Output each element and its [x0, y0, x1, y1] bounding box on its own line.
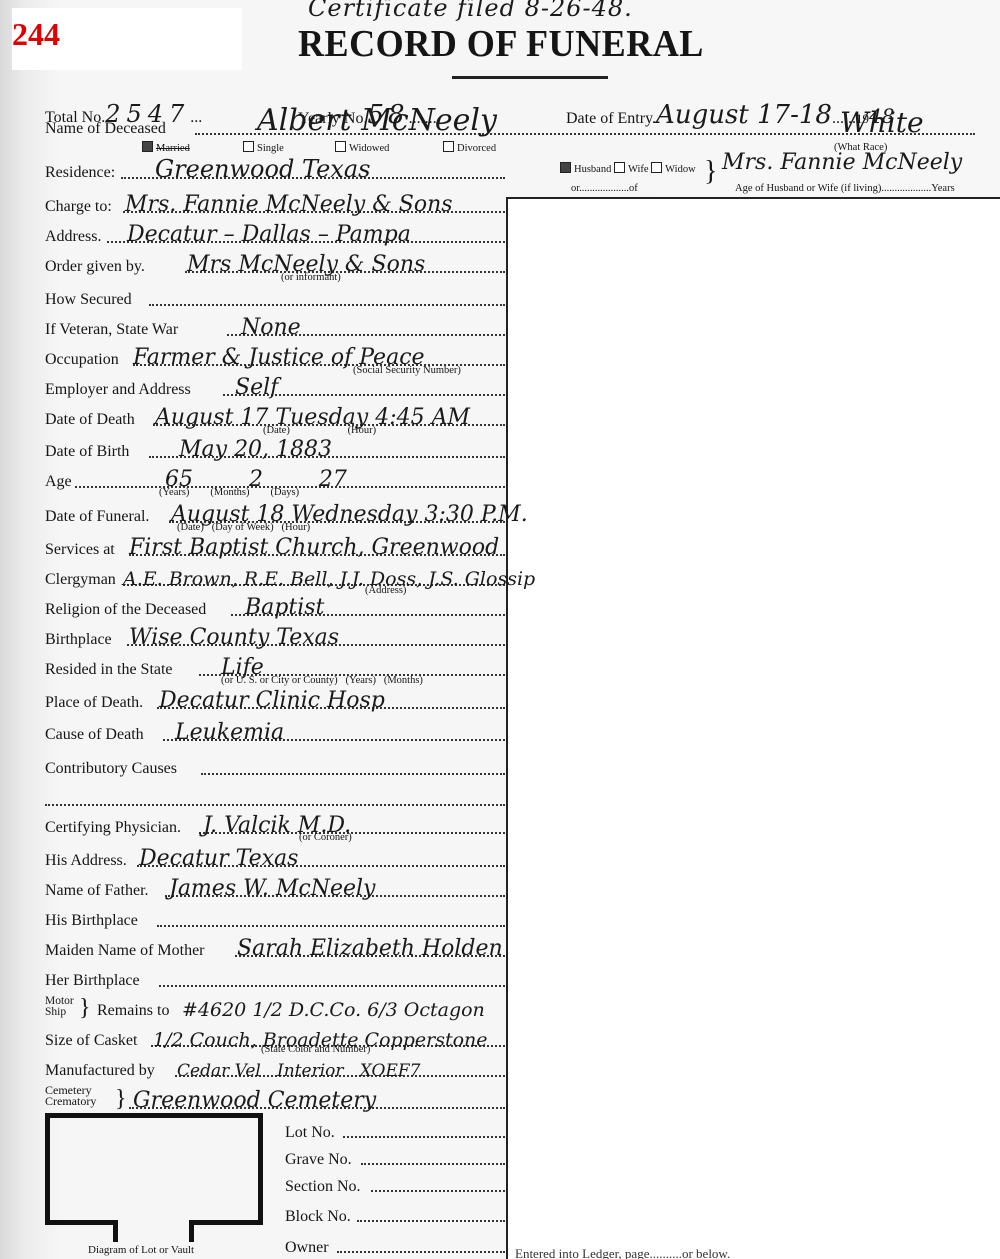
checkbox-widow[interactable]: Widow	[651, 164, 696, 175]
name-of-deceased-row: Name of Deceased Albert McNeely White	[45, 112, 975, 140]
cause-of-death-value: Leukemia	[175, 720, 284, 745]
cemetery-value: Greenwood Cemetery	[133, 1088, 376, 1113]
field-row-resided: Resided in the StateLife(or U. S. or Cit…	[45, 653, 505, 681]
field-row-charge-to: Charge to:Mrs. Fannie McNeely & Sons	[45, 190, 505, 218]
services-at-value: First Baptist Church, Greenwood	[129, 535, 499, 560]
field-row-birthplace: BirthplaceWise County Texas	[45, 623, 505, 651]
checkbox-husband[interactable]: Husband	[560, 164, 611, 175]
spouse-role-checkboxes: Husband Wife Widow	[560, 162, 696, 175]
lot-diagram-box	[45, 1113, 263, 1225]
name-of-deceased-label: Name of Deceased	[45, 120, 166, 138]
race-value: White	[840, 106, 924, 139]
field-row-casket: Size of Casket 1/2 Couch, Broadette Copp…	[45, 1024, 505, 1052]
address-value: Decatur – Dallas – Pampa	[127, 222, 411, 247]
mother-name-value: Sarah Elizabeth Holden	[237, 936, 503, 961]
field-row-date-of-birth: Date of BirthMay 20, 1883	[45, 435, 505, 463]
age-caption: (Years) (Months) (Days)	[159, 487, 299, 498]
motor-ship-label: MotorShip	[45, 996, 74, 1018]
diagram-caption: Diagram of Lot or Vault	[88, 1244, 194, 1256]
father-name-value: James W. McNeely	[169, 876, 375, 901]
owner-row: Owner	[285, 1233, 505, 1257]
checkbox-icon	[335, 141, 346, 152]
field-row-veteran: If Veteran, State WarNone	[45, 313, 505, 341]
field-row-occupation: OccupationFarmer & Justice of Peace(Soci…	[45, 343, 505, 371]
birthplace-value: Wise County Texas	[129, 625, 339, 650]
brace-icon: }	[115, 1085, 127, 1113]
checkbox-icon	[443, 141, 454, 152]
field-row-religion: Religion of the DeceasedBaptist	[45, 593, 505, 621]
checkbox-widowed[interactable]: Widowed	[335, 141, 389, 154]
field-row-father: Name of Father.James W. McNeely	[45, 874, 505, 902]
funeral-caption: (Date) (Day of Week) (Hour)	[177, 522, 310, 533]
checkbox-single[interactable]: Single	[243, 141, 284, 154]
veteran-value: None	[241, 315, 301, 340]
field-row-date-of-funeral: Date of Funeral.August 18 Wednesday 3:30…	[45, 500, 505, 528]
checkbox-icon	[560, 162, 571, 173]
grave-no-row: Grave No.	[285, 1145, 505, 1169]
residence-value: Greenwood Texas	[155, 155, 370, 183]
blank-records-panel	[506, 197, 1000, 1259]
certificate-filed-note: Certificate filed 8-26-48.	[308, 0, 633, 22]
field-row-contributory-causes: Contributory Causes	[45, 752, 505, 780]
field-row-manufactured: Manufactured by Cedar Vel Interior XOEF7	[45, 1054, 505, 1082]
lot-no-row: Lot No.	[285, 1118, 505, 1142]
place-of-death-value: Decatur Clinic Hosp	[159, 688, 385, 713]
checkbox-icon	[142, 141, 153, 152]
field-row-certifying-physician: Certifying Physician.J. Valcik M.D.(or C…	[45, 811, 505, 839]
field-row-his-birthplace: His Birthplace	[45, 904, 505, 932]
field-row-order-given-by: Order given by.Mrs McNeely & Sons(or inf…	[45, 250, 505, 278]
ledger-note: Entered into Ledger, page..........or be…	[515, 1246, 730, 1259]
field-row-his-address: His Address.Decatur Texas	[45, 844, 505, 872]
field-row-address: Address.Decatur – Dallas – Pampa	[45, 220, 505, 248]
spouse-age-line: Age of Husband or Wife (if living)......…	[735, 183, 955, 194]
field-row-age: Age65 2 27(Years) (Months) (Days)	[45, 465, 505, 493]
his-address-value: Decatur Texas	[139, 846, 298, 871]
religion-value: Baptist	[245, 595, 324, 620]
charge-to-value: Mrs. Fannie McNeely & Sons	[125, 192, 453, 217]
page-number-badge: 244	[12, 8, 242, 70]
date-of-birth-value: May 20, 1883	[179, 437, 332, 462]
field-row-date-of-death: Date of DeathAugust 17 Tuesday 4:45 AM(D…	[45, 403, 505, 431]
checkbox-divorced[interactable]: Divorced	[443, 141, 496, 154]
checkbox-married[interactable]: Married	[142, 141, 190, 154]
clergyman-value: A.E. Brown, R.E. Bell, J.J. Doss, J.S. G…	[123, 568, 535, 590]
field-row-contributory-continued	[45, 783, 505, 811]
cemetery-crematory-label: CemeteryCrematory	[45, 1085, 96, 1107]
field-row-clergyman: ClergymanA.E. Brown, R.E. Bell, J.J. Dos…	[45, 563, 505, 591]
field-row-mother: Maiden Name of MotherSarah Elizabeth Hol…	[45, 934, 505, 962]
title-rule	[452, 76, 608, 79]
field-row-employer: Employer and AddressSelf	[45, 373, 505, 401]
section-no-row: Section No.	[285, 1172, 505, 1196]
field-row-remains: MotorShip } Remains to #4620 1/2 D.C.Co.…	[45, 994, 505, 1022]
checkbox-wife[interactable]: Wife	[614, 164, 649, 175]
field-row-cause-of-death: Cause of DeathLeukemia	[45, 718, 505, 746]
field-row-how-secured: How Secured	[45, 283, 505, 311]
residence-row: Residence: Greenwood Texas	[45, 156, 505, 184]
form-title: RECORD OF FUNERAL	[298, 22, 704, 66]
field-row-cemetery: CemeteryCrematory } Greenwood Cemetery	[45, 1082, 505, 1114]
field-row-her-birthplace: Her Birthplace	[45, 964, 505, 992]
manufacturer-value: Cedar Vel Interior XOEF7	[177, 1061, 421, 1081]
spouse-or-line: or...................of	[571, 183, 638, 194]
checkbox-icon	[243, 141, 254, 152]
employer-value: Self	[235, 375, 278, 400]
checkbox-icon	[651, 162, 662, 173]
spouse-name-value: Mrs. Fannie McNeely	[722, 150, 962, 175]
field-row-place-of-death: Place of Death.Decatur Clinic Hosp	[45, 686, 505, 714]
remains-value: #4620 1/2 D.C.Co. 6/3 Octagon	[182, 999, 485, 1021]
informant-caption: (or informant)	[281, 272, 341, 283]
resided-caption: (or U. S. or City or County) (Years) (Mo…	[221, 675, 423, 686]
deceased-name-value: Albert McNeely	[257, 103, 497, 138]
brace-icon: }	[704, 158, 717, 186]
checkbox-icon	[614, 162, 625, 173]
coroner-caption: (or Coroner)	[299, 832, 352, 843]
page-number: 244	[12, 16, 60, 53]
residence-label: Residence:	[45, 164, 115, 182]
field-row-services-at: Services atFirst Baptist Church, Greenwo…	[45, 533, 505, 561]
block-no-row: Block No.	[285, 1202, 505, 1226]
brace-icon: }	[79, 994, 91, 1022]
